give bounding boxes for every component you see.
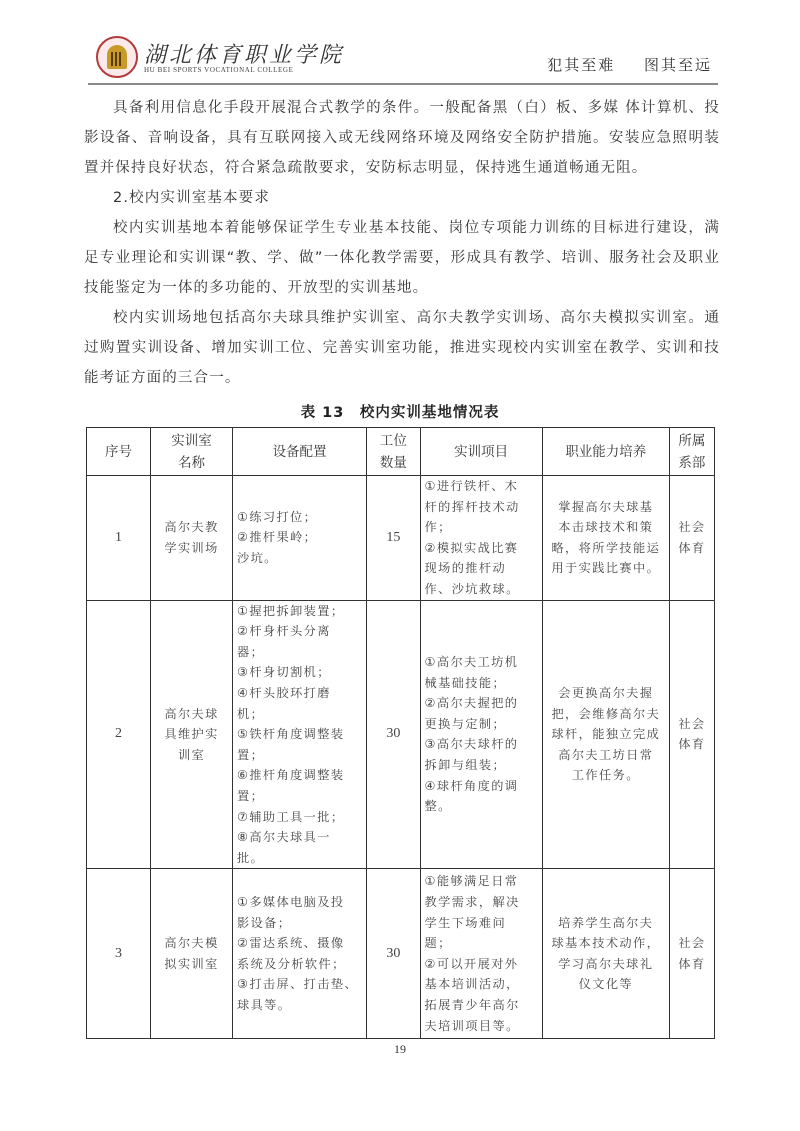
cell-line: 作；: [425, 517, 538, 538]
cell-name: 高尔夫模拟实训室: [151, 869, 233, 1039]
cell-line: ①能够满足日常: [425, 871, 538, 892]
motto: 犯其至难 图其至远: [525, 54, 712, 75]
page-header: 湖北体育职业学院 HU BEI SPORTS VOCATIONAL COLLEG…: [88, 36, 718, 80]
cell-line: 学实训场: [155, 538, 228, 559]
cell-line: 社会: [674, 933, 710, 954]
cell-line: 整。: [425, 796, 538, 817]
cell-line: 高尔夫教: [155, 517, 228, 538]
cell-ability: 会更换高尔夫握把，会维修高尔夫球杆，能独立完成高尔夫工坊日常工作任务。: [542, 600, 669, 869]
cell-line: 具维护实: [155, 724, 228, 745]
cell-line: ⑤铁杆角度调整装: [237, 724, 362, 745]
cell-line: 仪文化等: [547, 974, 665, 995]
paragraph-training-sites: 校内实训场地包括高尔夫球具维护实训室、高尔夫教学实训场、高尔夫模拟实训室。通过购…: [84, 303, 720, 393]
cell-line: 置；: [237, 745, 362, 766]
cell-line: 置；: [237, 786, 362, 807]
cell-line: 教学需求，解决: [425, 892, 538, 913]
cell-no: 2: [87, 600, 151, 869]
cell-ability: 培养学生高尔夫球基本技术动作，学习高尔夫球礼仪文化等: [542, 869, 669, 1039]
header-name: 实训室 名称: [151, 428, 233, 476]
cell-line: ①进行铁杆、木: [425, 476, 538, 497]
cell-line: 杆的挥杆技术动: [425, 497, 538, 518]
cell-ability: 掌握高尔夫球基本击球技术和策略，将所学技能运用于实践比赛中。: [542, 476, 669, 601]
cell-projects: ①进行铁杆、木杆的挥杆技术动作；②模拟实战比赛现场的推杆动作、沙坑救球。: [420, 476, 542, 601]
cell-name: 高尔夫球具维护实训室: [151, 600, 233, 869]
header-divider: [88, 83, 718, 85]
header-dept: 所属 系部: [669, 428, 714, 476]
cell-equipment: ①多媒体电脑及投影设备；②雷达系统、摄像系统及分析软件；③打击屏、打击垫、球具等…: [233, 869, 367, 1039]
paragraph-text: 具备利用信息化手段开展混合式教学的条件。一般配备黑（白）板、多媒 体计算机、投影…: [84, 93, 720, 183]
cell-stations: 30: [367, 869, 420, 1039]
cell-line: 社会: [674, 517, 710, 538]
header-line: 实训室: [155, 430, 228, 452]
cell-line: 作、沙坑救球。: [425, 579, 538, 600]
logo-columns-shape: [111, 52, 123, 66]
cell-line: ②可以开展对外: [425, 954, 538, 975]
table-row: 3高尔夫模拟实训室①多媒体电脑及投影设备；②雷达系统、摄像系统及分析软件；③打击…: [87, 869, 715, 1039]
section-heading: 2.校内实训室基本要求: [84, 183, 720, 213]
cell-line: ③高尔夫球杆的: [425, 734, 538, 755]
cell-line: 题；: [425, 933, 538, 954]
cell-line: 系统及分析软件；: [237, 954, 362, 975]
training-base-table: 序号 实训室 名称 设备配置 工位 数量 实训项目 职业能力培养 所属 系部 1…: [86, 427, 715, 1039]
cell-line: 学习高尔夫球礼: [547, 954, 665, 975]
cell-line: 拓展青少年高尔: [425, 995, 538, 1016]
cell-no: 1: [87, 476, 151, 601]
cell-line: ①多媒体电脑及投: [237, 892, 362, 913]
header-projects: 实训项目: [420, 428, 542, 476]
cell-stations: 30: [367, 600, 420, 869]
cell-dept: 社会体育: [669, 869, 714, 1039]
paragraph-text: 校内实训基地本着能够保证学生专业基本技能、岗位专项能力训练的目标进行建设，满足专…: [84, 213, 720, 303]
cell-line: ②高尔夫握把的: [425, 693, 538, 714]
cell-line: 会更换高尔夫握: [547, 683, 665, 704]
header-ability: 职业能力培养: [542, 428, 669, 476]
cell-line: 拆卸与组装；: [425, 755, 538, 776]
cell-line: 沙坑。: [237, 548, 362, 569]
header-line: 工位: [371, 430, 415, 452]
cell-line: 本击球技术和策: [547, 517, 665, 538]
cell-line: 机；: [237, 704, 362, 725]
cell-line: 略，将所学技能运: [547, 538, 665, 559]
table-caption: 表 13 校内实训基地情况表: [0, 401, 800, 422]
cell-line: ⑦辅助工具一批；: [237, 807, 362, 828]
cell-line: ③打击屏、打击垫、: [237, 974, 362, 995]
table-row: 2高尔夫球具维护实训室①握把拆卸装置；②杆身杆头分离器；③杆身切割机；④杆头胶环…: [87, 600, 715, 869]
motto-part-2: 图其至远: [644, 56, 712, 74]
cell-line: 体育: [674, 734, 710, 755]
header-line: 名称: [155, 452, 228, 474]
table-row: 1高尔夫教学实训场①练习打位；②推杆果岭；沙坑。15①进行铁杆、木杆的挥杆技术动…: [87, 476, 715, 601]
header-line: 所属: [674, 430, 710, 452]
cell-name: 高尔夫教学实训场: [151, 476, 233, 601]
cell-no: 3: [87, 869, 151, 1039]
cell-stations: 15: [367, 476, 420, 601]
cell-line: 高尔夫工坊日常: [547, 745, 665, 766]
header-line: 数量: [371, 452, 415, 474]
cell-line: ③杆身切割机；: [237, 662, 362, 683]
paragraph-facilities: 具备利用信息化手段开展混合式教学的条件。一般配备黑（白）板、多媒 体计算机、投影…: [84, 93, 720, 183]
cell-line: 球具等。: [237, 995, 362, 1016]
cell-projects: ①高尔夫工坊机械基础技能；②高尔夫握把的更换与定制；③高尔夫球杆的拆卸与组装；④…: [420, 600, 542, 869]
cell-projects: ①能够满足日常教学需求，解决学生下场难问题；②可以开展对外基本培训活动，拓展青少…: [420, 869, 542, 1039]
table-header-row: 序号 实训室 名称 设备配置 工位 数量 实训项目 职业能力培养 所属 系部: [87, 428, 715, 476]
cell-line: ②杆身杆头分离: [237, 621, 362, 642]
cell-line: ①练习打位；: [237, 507, 362, 528]
cell-equipment: ①握把拆卸装置；②杆身杆头分离器；③杆身切割机；④杆头胶环打磨机；⑤铁杆角度调整…: [233, 600, 367, 869]
cell-line: 高尔夫模: [155, 933, 228, 954]
cell-line: ②模拟实战比赛: [425, 538, 538, 559]
motto-part-1: 犯其至难: [547, 56, 615, 74]
cell-line: 高尔夫球: [155, 704, 228, 725]
cell-line: 掌握高尔夫球基: [547, 497, 665, 518]
cell-line: 体育: [674, 954, 710, 975]
cell-line: 械基础技能；: [425, 673, 538, 694]
cell-line: 学生下场难问: [425, 913, 538, 934]
cell-line: 球杆，能独立完成: [547, 724, 665, 745]
cell-line: 更换与定制；: [425, 714, 538, 735]
cell-line: 批。: [237, 848, 362, 869]
cell-line: ④杆头胶环打磨: [237, 683, 362, 704]
heading-text: 2.校内实训室基本要求: [84, 183, 720, 213]
cell-line: 把，会维修高尔夫: [547, 704, 665, 725]
cell-line: ①握把拆卸装置；: [237, 601, 362, 622]
header-stations: 工位 数量: [367, 428, 420, 476]
cell-dept: 社会体育: [669, 476, 714, 601]
cell-line: 器；: [237, 642, 362, 663]
cell-equipment: ①练习打位；②推杆果岭；沙坑。: [233, 476, 367, 601]
paragraph-text: 校内实训场地包括高尔夫球具维护实训室、高尔夫教学实训场、高尔夫模拟实训室。通过购…: [84, 303, 720, 393]
cell-line: ④球杆角度的调: [425, 776, 538, 797]
cell-line: 工作任务。: [547, 765, 665, 786]
cell-line: 体育: [674, 538, 710, 559]
cell-line: 用于实践比赛中。: [547, 558, 665, 579]
header-equipment: 设备配置: [233, 428, 367, 476]
cell-line: 球基本技术动作，: [547, 933, 665, 954]
paragraph-base-requirements: 校内实训基地本着能够保证学生专业基本技能、岗位专项能力训练的目标进行建设，满足专…: [84, 213, 720, 303]
college-name-cn: 湖北体育职业学院: [144, 38, 344, 69]
cell-line: 基本培训活动，: [425, 974, 538, 995]
header-line: 系部: [674, 452, 710, 474]
header-no: 序号: [87, 428, 151, 476]
cell-line: 社会: [674, 714, 710, 735]
cell-line: ⑥推杆角度调整装: [237, 765, 362, 786]
cell-line: 夫培训项目等。: [425, 1016, 538, 1037]
cell-line: 现场的推杆动: [425, 558, 538, 579]
cell-line: 影设备；: [237, 913, 362, 934]
cell-line: ①高尔夫工坊机: [425, 652, 538, 673]
cell-dept: 社会体育: [669, 600, 714, 869]
cell-line: ⑧高尔夫球具一: [237, 827, 362, 848]
cell-line: 培养学生高尔夫: [547, 913, 665, 934]
college-name-en: HU BEI SPORTS VOCATIONAL COLLEGE: [144, 66, 293, 74]
cell-line: 训室: [155, 745, 228, 766]
page-number: 19: [0, 1042, 800, 1057]
cell-line: ②雷达系统、摄像: [237, 933, 362, 954]
college-logo-icon: [96, 36, 138, 78]
cell-line: ②推杆果岭；: [237, 527, 362, 548]
cell-line: 拟实训室: [155, 954, 228, 975]
